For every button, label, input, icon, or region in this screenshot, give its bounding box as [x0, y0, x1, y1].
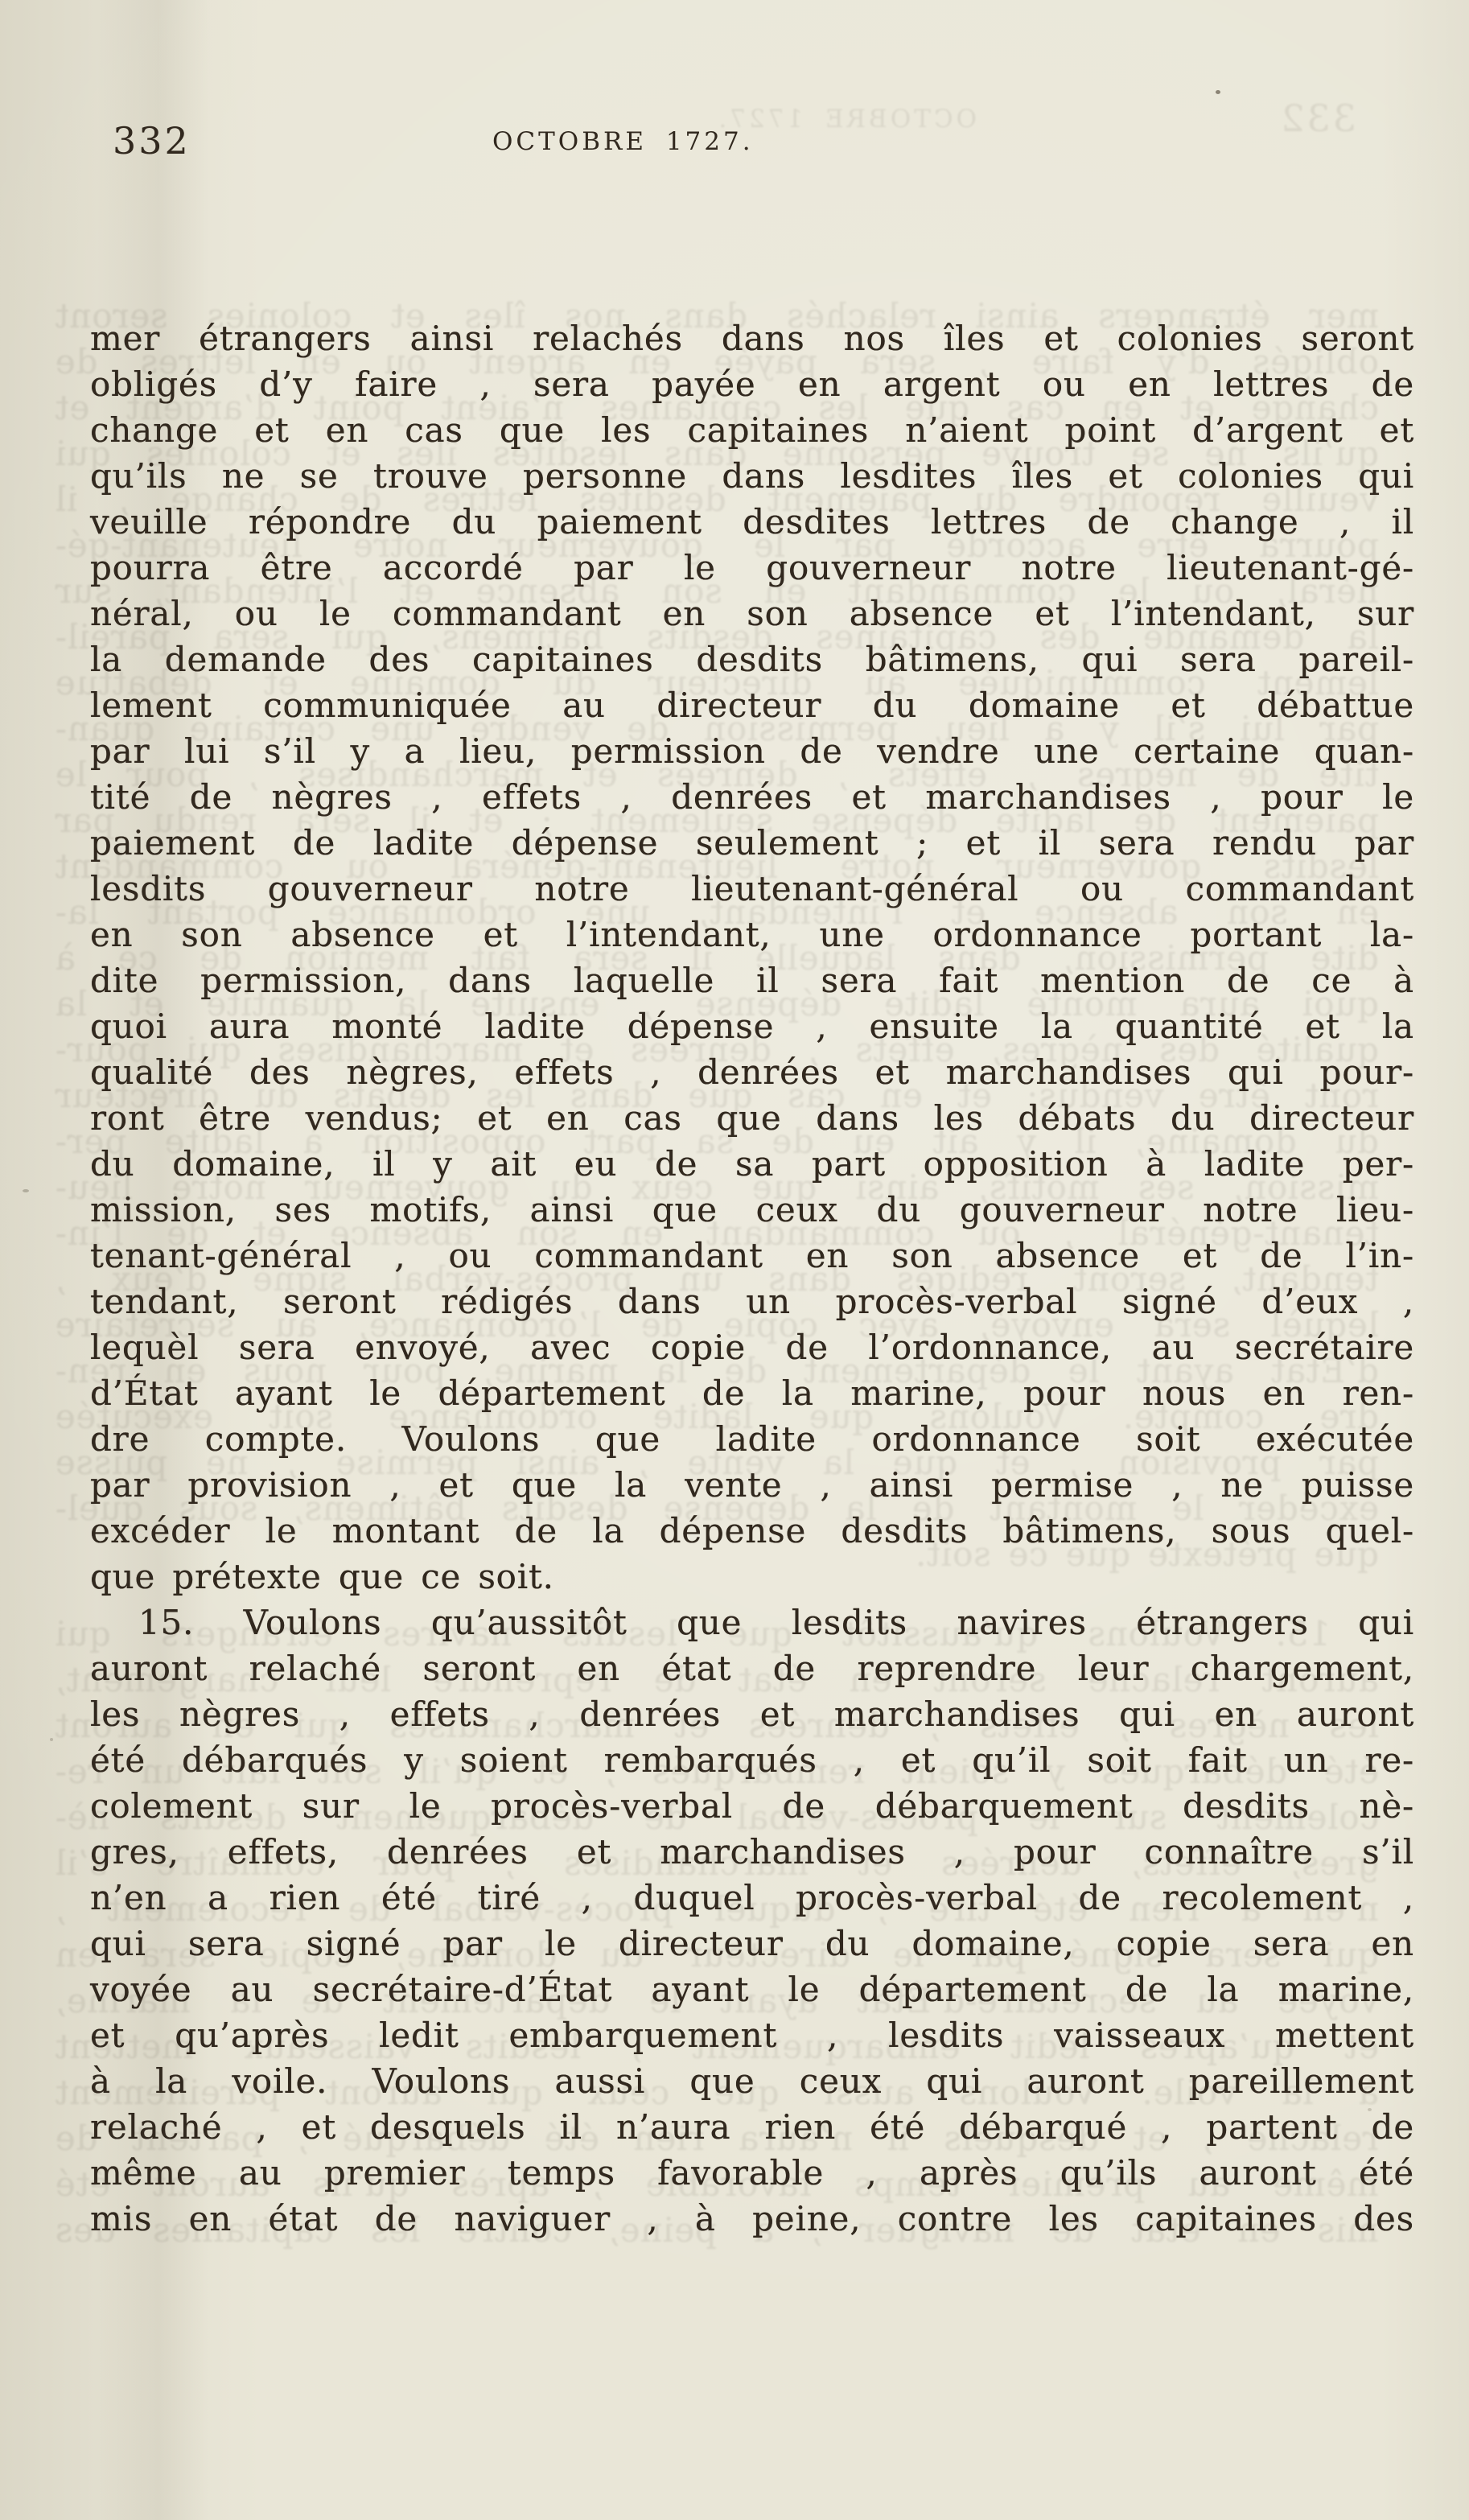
text-line: par provision , et que la vente , ainsi …	[90, 1462, 1414, 1508]
text-line: mis en état de naviguer , à peine, contr…	[90, 2196, 1414, 2242]
paragraph: mer étrangers ainsi relachés dans nos îl…	[90, 315, 1414, 1600]
text-line: tenant-général , ou commandant en son ab…	[90, 1233, 1414, 1279]
text-line: qui sera signé par le directeur du domai…	[90, 1921, 1414, 1966]
text-line: les nègres , effets , denrées et marchan…	[90, 1691, 1414, 1737]
text-line: que prétexte que ce soit.	[90, 1554, 1414, 1600]
text-line: qualité des nègres, effets , denrées et …	[90, 1049, 1414, 1095]
text-line: pourra être accordé par le gouverneur no…	[90, 545, 1414, 591]
text-line: relaché , et desquels il n’aura rien été…	[90, 2104, 1414, 2150]
running-title: OCTOBRE 1727.	[492, 127, 754, 156]
text-line: mer étrangers ainsi relachés dans nos îl…	[90, 315, 1414, 361]
text-line: néral, ou le commandant en son absence e…	[90, 591, 1414, 636]
text-line: été débarqués y soient rembarqués , et q…	[90, 1737, 1414, 1783]
text-line: quoi aura monté ladite dépense , ensuite…	[90, 1003, 1414, 1049]
text-line: paiement de ladite dépense seulement ; e…	[90, 820, 1414, 866]
text-line: lesdits gouverneur notre lieutenant-géné…	[90, 866, 1414, 912]
book-page: 332 OCTOBRE 1727. mer étrangers ainsi re…	[0, 0, 1469, 2520]
text-line: change et en cas que les capitaines n’ai…	[90, 407, 1414, 453]
text-line: auront relaché seront en état de reprend…	[90, 1645, 1414, 1691]
text-line: ront être vendus; et en cas que dans les…	[90, 1095, 1414, 1141]
text-line: n’en a rien été tiré , duquel procès-ver…	[90, 1875, 1414, 1921]
text-line: lement communiquée au directeur du domai…	[90, 682, 1414, 728]
text-line: tendant, seront rédigés dans un procès-v…	[90, 1279, 1414, 1324]
text-line: 15. Voulons qu’aussitôt que lesdits navi…	[90, 1600, 1414, 1645]
text-line: d’État ayant le département de la marine…	[90, 1370, 1414, 1416]
page-number: 332	[113, 119, 191, 163]
text-line: lequèl sera envoyé, avec copie de l’ordo…	[90, 1324, 1414, 1370]
text-line: la demande des capitaines desdits bâtime…	[90, 636, 1414, 682]
text-line: dite permission, dans laquelle il sera f…	[90, 957, 1414, 1003]
text-line: et qu’après ledit embarquement , lesdits…	[90, 2012, 1414, 2058]
text-line: obligés d’y faire , sera payée en argent…	[90, 361, 1414, 407]
text-line: dre compte. Voulons que ladite ordonnanc…	[90, 1416, 1414, 1462]
text-line: même au premier temps favorable , après …	[90, 2150, 1414, 2196]
text-line: colement sur le procès-verbal de débarqu…	[90, 1783, 1414, 1829]
text-line: veuille répondre du paiement desdites le…	[90, 499, 1414, 545]
text-line: qu’ils ne se trouve personne dans lesdit…	[90, 453, 1414, 499]
text-line: gres, effets, denrées et marchandises , …	[90, 1829, 1414, 1875]
text-line: voyée au secrétaire-d’État ayant le dépa…	[90, 1966, 1414, 2012]
text-line: tité de nègres , effets , denrées et mar…	[90, 774, 1414, 820]
text-line: du domaine, il y ait eu de sa part oppos…	[90, 1141, 1414, 1187]
text-line: mission, ses motifs, ainsi que ceux du g…	[90, 1187, 1414, 1233]
text-block: mer étrangers ainsi relachés dans nos îl…	[90, 315, 1414, 2242]
paragraph: 15. Voulons qu’aussitôt que lesdits navi…	[90, 1600, 1414, 2242]
text-line: à la voile. Voulons aussi que ceux qui a…	[90, 2058, 1414, 2104]
text-line: par lui s’il y a lieu, permission de ven…	[90, 728, 1414, 774]
text-line: en son absence et l’intendant, une ordon…	[90, 912, 1414, 957]
text-line: excéder le montant de la dépense desdits…	[90, 1508, 1414, 1554]
